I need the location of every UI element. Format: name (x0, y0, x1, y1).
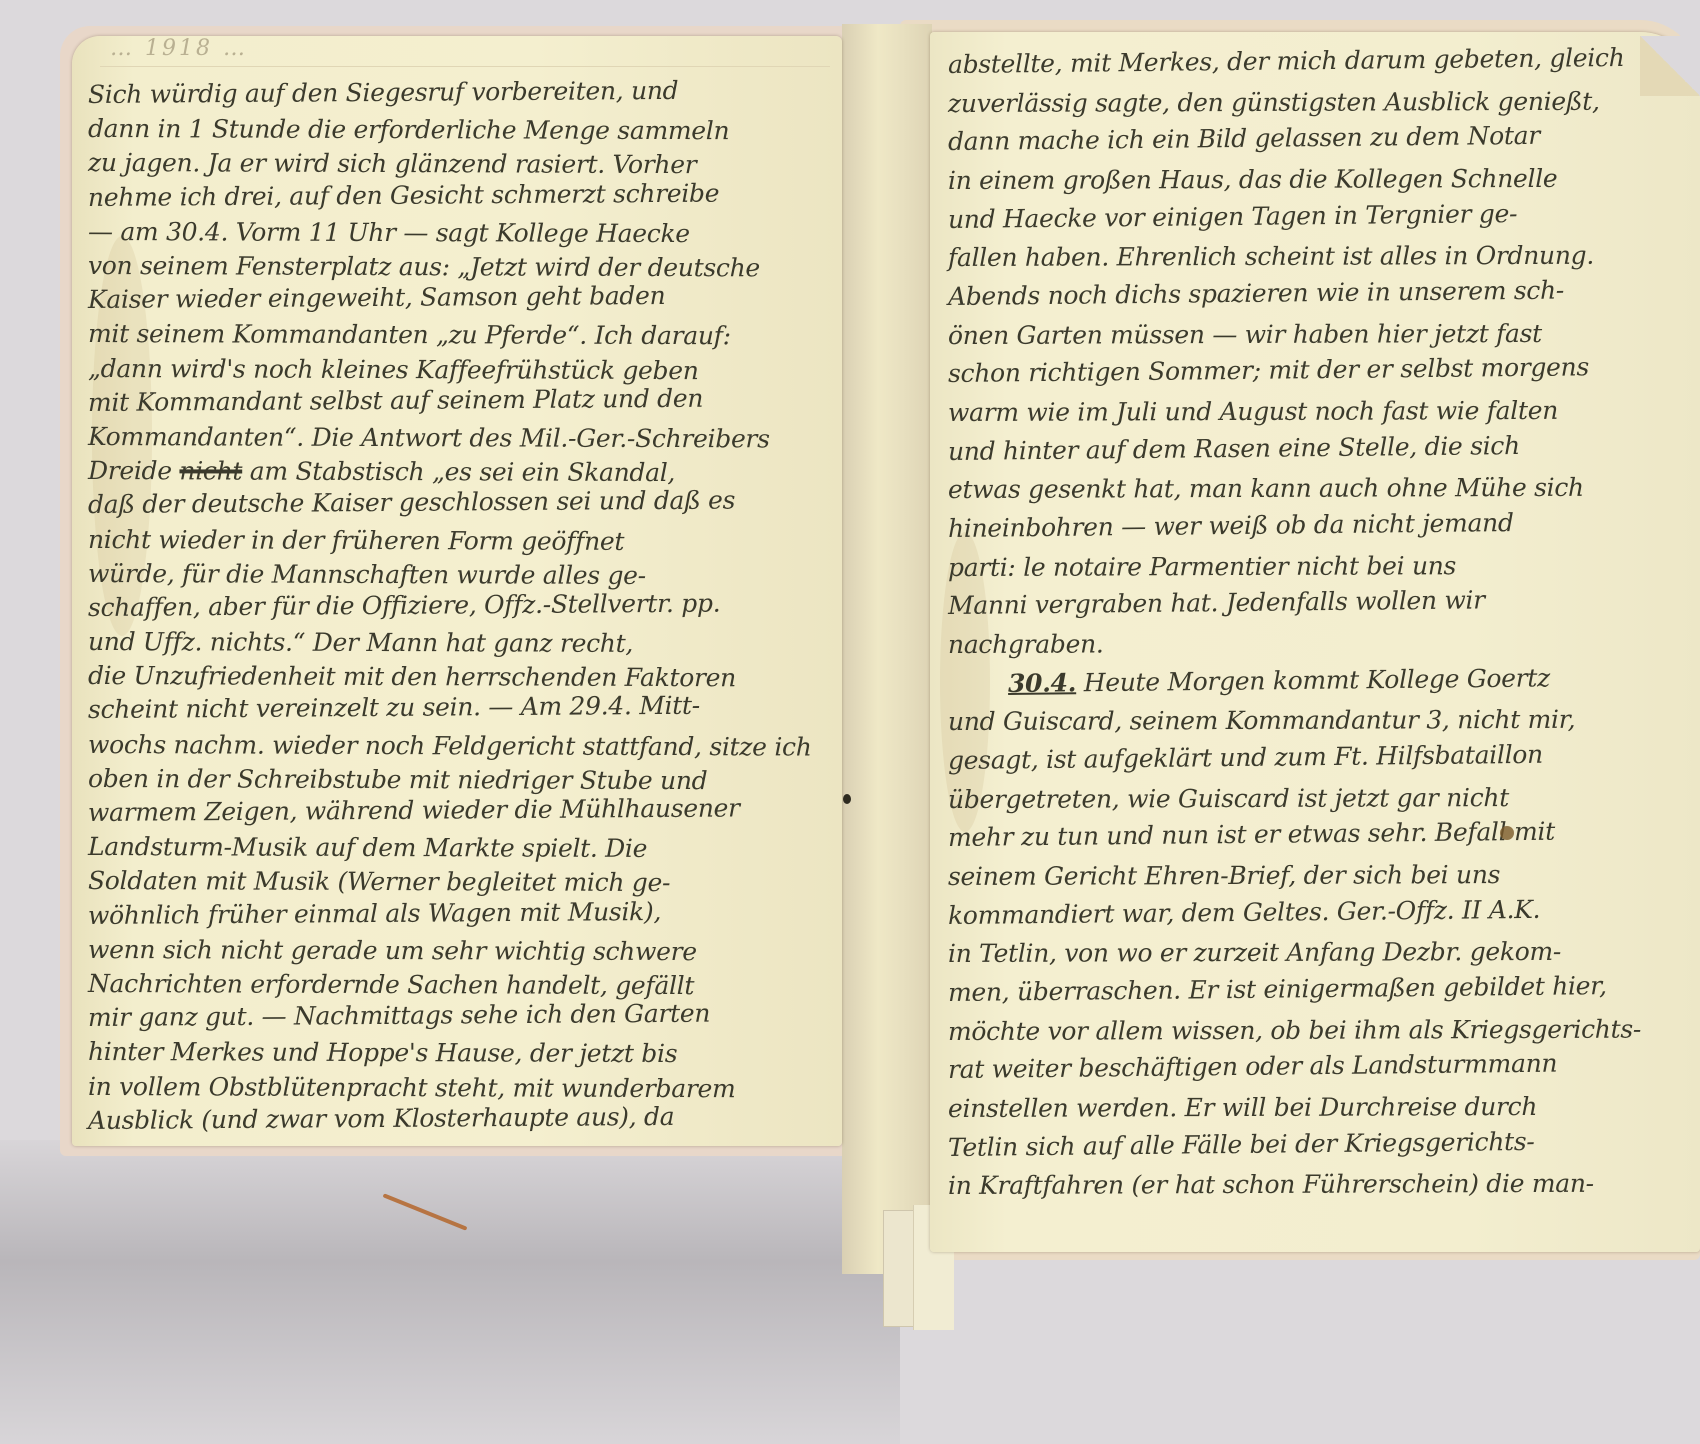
background-shadow (0, 1140, 900, 1444)
handwritten-line: Kaiser wieder eingeweiht, Samson geht ba… (88, 281, 666, 314)
handwritten-line: Landsturm-Musik auf dem Markte spielt. D… (88, 832, 647, 863)
handwritten-line: parti: le notaire Parmentier nicht bei u… (948, 551, 1456, 582)
handwritten-line: Nachrichten erfordernde Sachen handelt, … (88, 969, 694, 1000)
handwritten-line: die Unzufriedenheit mit den herrschenden… (88, 661, 736, 692)
handwritten-line: zuverlässig sagte, den günstigsten Ausbl… (948, 86, 1600, 117)
handwritten-line: in vollem Obstblütenpracht steht, mit wu… (88, 1072, 736, 1103)
handwritten-line: Ausblick (und zwar vom Klosterhaupte aus… (88, 1102, 675, 1135)
handwritten-line: — am 30.4. Vorm 11 Uhr — sagt Kollege Ha… (88, 217, 690, 248)
left-page-header-fragment: … 1918 … (110, 36, 248, 61)
handwritten-line: in einem großen Haus, das die Kollegen S… (948, 164, 1557, 195)
line-text: Dreide (88, 456, 180, 485)
handwritten-line: und Guiscard, seinem Kommandantur 3, nic… (948, 705, 1575, 736)
handwritten-line: nehme ich drei, auf den Gesicht schmerzt… (88, 178, 719, 211)
handwritten-line: Manni vergraben hat. Jedenfalls wollen w… (948, 586, 1485, 621)
handwritten-line: mit Kommandant selbst auf seinem Platz u… (88, 383, 703, 416)
handwritten-line: seinem Gericht Ehren-Brief, der sich bei… (948, 860, 1500, 891)
handwritten-line: übergetreten, wie Guiscard ist jetzt gar… (948, 783, 1509, 814)
handwritten-line: möchte vor allem wissen, ob bei ihm als … (948, 1014, 1641, 1045)
handwritten-line: warmem Zeigen, während wieder die Mühlha… (88, 794, 740, 828)
handwritten-line: hinter Merkes und Hoppe's Hause, der jet… (88, 1037, 677, 1068)
handwritten-line: 30.4. Heute Morgen kommt Kollege Goertz (1008, 663, 1550, 698)
margin-mark (843, 794, 851, 804)
handwritten-line: önen Garten müssen — wir haben hier jetz… (948, 319, 1542, 350)
handwritten-line: wenn sich nicht gerade um sehr wichtig s… (88, 935, 697, 966)
handwritten-line: wöhnlich früher einmal als Wagen mit Mus… (88, 897, 661, 930)
handwritten-line: und hinter auf dem Rasen eine Stelle, di… (948, 431, 1520, 466)
handwritten-line: „dann wird's noch kleines Kaffeefrühstüc… (88, 354, 699, 385)
line-text: Heute Morgen kommt Kollege Goertz (1076, 663, 1550, 697)
folded-corner (1640, 36, 1700, 96)
handwritten-line: von seinem Fensterplatz aus: „Jetzt wird… (88, 251, 760, 282)
handwritten-line: scheint nicht vereinzelt zu sein. — Am 2… (88, 691, 700, 724)
struck-word: nicht (179, 456, 242, 485)
handwritten-line: in Kraftfahren (er hat schon Führerschei… (948, 1169, 1594, 1200)
gutter-tab (883, 1210, 915, 1327)
handwritten-line: würde, für die Mannschaften wurde alles … (88, 559, 646, 590)
handwritten-line: hineinbohren — wer weiß ob da nicht jema… (948, 508, 1514, 543)
handwritten-line: und Uffz. nichts.“ Der Mann hat ganz rec… (88, 627, 633, 658)
handwritten-line: oben in der Schreibstube mit niedriger S… (88, 764, 707, 795)
handwritten-line: zu jagen. Ja er wird sich glänzend rasie… (88, 148, 697, 179)
handwritten-line: Soldaten mit Musik (Werner begleitet mic… (88, 866, 670, 897)
handwritten-line: Kommandanten“. Die Antwort des Mil.-Ger.… (88, 422, 770, 453)
handwritten-line: schaffen, aber für die Offiziere, Offz.-… (88, 588, 721, 621)
line-text: am Stabstisch „es sei ein Skandal, (242, 457, 675, 488)
handwritten-line: einstellen werden. Er will bei Durchreis… (948, 1092, 1537, 1123)
handwritten-line: etwas gesenkt hat, man kann auch ohne Mü… (948, 473, 1584, 504)
handwritten-line: in Tetlin, von wo er zurzeit Anfang Dezb… (948, 937, 1561, 968)
ink-blot (1500, 826, 1514, 840)
handwritten-line: gesagt, ist aufgeklärt und zum Ft. Hilfs… (948, 740, 1543, 775)
handwritten-line: nicht wieder in der früheren Form geöffn… (88, 525, 624, 556)
handwritten-line: mir ganz gut. — Nachmittags sehe ich den… (88, 999, 710, 1032)
handwritten-line: warm wie im Juli und August noch fast wi… (948, 396, 1558, 427)
handwritten-line: daß der deutsche Kaiser geschlossen sei … (88, 486, 735, 520)
handwritten-line: und Haecke vor einigen Tagen in Tergnier… (948, 199, 1517, 234)
handwritten-line: kommandiert war, dem Geltes. Ger.-Offz. … (948, 894, 1540, 929)
handwritten-line: wochs nachm. wieder noch Feldgericht sta… (88, 730, 812, 762)
handwritten-line: dann in 1 Stunde die erforderliche Menge… (88, 114, 729, 145)
book-gutter (842, 24, 932, 1274)
handwritten-line: Sich würdig auf den Siegesruf vorbereite… (88, 76, 679, 109)
handwritten-line: Dreide nicht am Stabstisch „es sei ein S… (88, 456, 675, 487)
handwritten-line: fallen haben. Ehrenlich scheint ist alle… (948, 241, 1594, 272)
handwritten-line: Tetlin sich auf alle Fälle bei der Krieg… (948, 1127, 1535, 1162)
handwritten-line: mit seinem Kommandanten „zu Pferde“. Ich… (88, 319, 731, 350)
handwritten-line: nachgraben. (948, 629, 1104, 659)
entry-date: 30.4. (1008, 668, 1076, 698)
